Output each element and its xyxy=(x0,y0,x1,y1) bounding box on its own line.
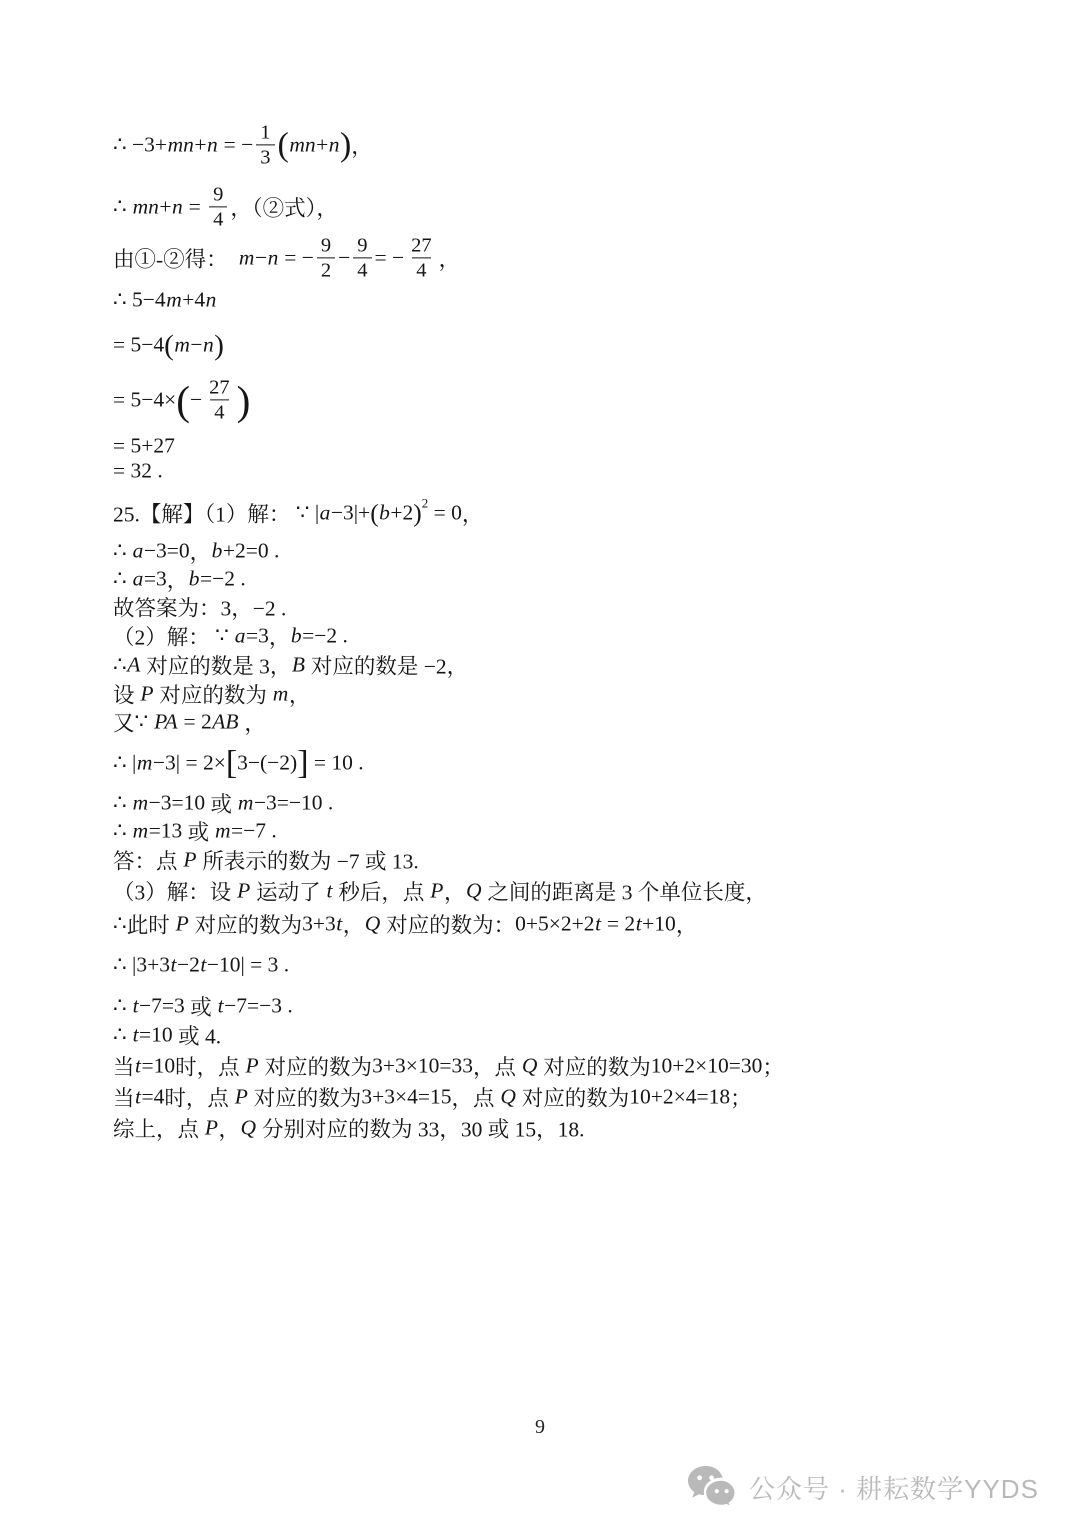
variable: m xyxy=(272,682,289,706)
math-span: = 0 xyxy=(428,501,462,526)
variable: P xyxy=(237,879,251,903)
math-span: ∴ |m−3| = 2× xyxy=(113,751,226,776)
math-text: ∴ xyxy=(113,567,132,591)
line-8: = 32 . xyxy=(113,459,163,484)
variable: a xyxy=(234,624,246,648)
variable: Q xyxy=(465,879,482,903)
math-text: + xyxy=(159,195,171,219)
text-span: 对应的数为 xyxy=(522,1082,630,1113)
line-18: ∴ m−3=10 或 m−3=−10 . xyxy=(113,788,333,819)
math-span: b+2=0 . xyxy=(211,539,279,564)
variable: Q xyxy=(240,1116,257,1140)
text-span: ， xyxy=(244,707,266,738)
text-span: 当 xyxy=(113,1051,135,1082)
math-text: −10| = 3 . xyxy=(207,953,289,977)
variable: t xyxy=(595,912,602,936)
text-span: 对应的数是 3， xyxy=(146,650,291,681)
math-text: ∴ |3+3 xyxy=(113,953,170,977)
variable: a xyxy=(132,539,144,563)
text-span: 秒后，点 xyxy=(338,876,429,907)
math-text: −3=−10 . xyxy=(254,791,333,815)
math-span: ∴ a−3=0 xyxy=(113,539,190,564)
text-span: 由①-②得： xyxy=(113,243,228,274)
fraction-denominator: 4 xyxy=(353,258,371,282)
line-5: = 5−4(m−n) xyxy=(113,333,224,358)
text-span: 对应的数为： xyxy=(386,909,515,940)
math-span: mn+n xyxy=(289,133,340,158)
math-text: ∴ xyxy=(113,653,127,677)
line-12: 故答案为：3，−2 . xyxy=(113,592,286,623)
line-28: 综上，点 P，Q 分别对应的数为 33，30 或 15，18. xyxy=(113,1113,584,1144)
text-span: ， xyxy=(444,876,466,907)
text-span: 对应的数为 xyxy=(265,1051,373,1082)
fraction-numerator: 27 xyxy=(205,376,234,399)
text-span: ， xyxy=(462,498,484,529)
math-text: ∴ 5−4 xyxy=(113,288,166,312)
text-span: 所表示的数为 −7 或 13. xyxy=(202,845,418,876)
variable: m xyxy=(132,819,149,843)
math-text: 3−(−2) xyxy=(237,751,297,775)
text-span: （2）解： xyxy=(113,621,215,652)
variable: t xyxy=(132,1023,139,1047)
math-text: =−2 . xyxy=(200,567,246,591)
text-span: ，点 xyxy=(473,1051,521,1082)
variable: a xyxy=(319,501,331,525)
variable: P xyxy=(430,879,444,903)
math-span: P xyxy=(234,1085,254,1110)
variable: B xyxy=(291,653,305,677)
document-page: ∴ −3+mn+n = −13(mn+n)，∴ mn+n = 94，（②式），由… xyxy=(0,0,1080,1527)
line-17: ∴ |m−3| = 2×[3−(−2)] = 10 . xyxy=(113,751,364,776)
variable: m xyxy=(215,819,232,843)
math-span: P xyxy=(204,1116,218,1141)
variable: m xyxy=(174,333,191,357)
math-span: ∵ PA = 2AB xyxy=(135,710,245,735)
line-27: 当t=4时，点 P 对应的数为3+3×4=15，点 Q 对应的数为10+2×4=… xyxy=(113,1082,752,1113)
math-span: m−3=−10 . xyxy=(237,791,333,816)
text-span: 分别对应的数为 33，30 或 15，18. xyxy=(262,1113,585,1144)
math-span: ∴ m−3=10 xyxy=(113,791,210,816)
math-span: m−n = − xyxy=(228,246,314,271)
math-text: 3+3×4=15 xyxy=(361,1085,451,1109)
line-10: ∴ a−3=0，b+2=0 . xyxy=(113,536,279,567)
text-span: 故答案为：3，−2 . xyxy=(113,592,286,623)
text-span: 时，点 xyxy=(175,1051,245,1082)
math-text: ∴ xyxy=(113,994,132,1018)
variable: P xyxy=(204,1116,218,1140)
variable: m xyxy=(166,288,183,312)
math-span: ∴ m=13 xyxy=(113,819,188,844)
wechat-icon xyxy=(686,1464,738,1510)
math-span: ∴ xyxy=(113,912,127,937)
variable: t xyxy=(217,994,224,1018)
fraction-numerator: 9 xyxy=(317,234,335,257)
line-24: ∴ t−7=3 或 t−7=−3 . xyxy=(113,991,293,1022)
text-span: ， xyxy=(269,621,291,652)
math-text: 10+2×4=18 xyxy=(629,1085,730,1109)
math-span: Q xyxy=(240,1116,262,1141)
variable: Q xyxy=(364,912,381,936)
variable: n xyxy=(267,246,279,270)
math-span: P xyxy=(430,879,444,904)
math-text: −3|+ xyxy=(331,501,370,525)
math-text: ∵ xyxy=(215,624,234,648)
math-span: 3+3×4=15 xyxy=(361,1085,451,1110)
math-span: ∴ 5−4m+4n xyxy=(113,288,217,313)
math-text: +10 xyxy=(642,912,676,936)
math-span: 3−(−2) xyxy=(237,751,297,776)
math-span: − xyxy=(190,388,202,413)
text-span: 对应的数为 xyxy=(543,1051,651,1082)
fraction-numerator: 9 xyxy=(353,234,371,257)
line-6: = 5−4×(−274) xyxy=(113,376,250,423)
line-3: 由①-②得： m−n = −92−94= −274， xyxy=(113,234,460,281)
math-span: P xyxy=(175,912,195,937)
math-span: m=−7 . xyxy=(215,819,277,844)
footer: 公众号 · 耕耘数学YYDS xyxy=(686,1464,1039,1510)
math-span: P xyxy=(237,879,257,904)
math-text: ∵ xyxy=(135,710,154,734)
variable: n xyxy=(202,333,214,357)
math-span: P xyxy=(183,848,203,873)
variable: P xyxy=(140,682,154,706)
math-text: = xyxy=(183,195,206,219)
math-span: b=−2 . xyxy=(188,567,246,592)
math-span: ∴A xyxy=(113,653,146,678)
line-7: = 5+27 xyxy=(113,434,175,459)
math-text: − xyxy=(190,388,202,412)
variable: n xyxy=(206,133,218,157)
math-span: ∴ t−7=3 xyxy=(113,994,190,1019)
variable: t xyxy=(170,953,177,977)
math-span: ∵ a=3 xyxy=(215,624,269,649)
text-span: 综上，点 xyxy=(113,1113,204,1144)
math-text: −3| = 2× xyxy=(153,751,226,775)
math-text: + xyxy=(316,133,328,157)
variable: m xyxy=(238,246,255,270)
math-span: 3+3×10=33 xyxy=(372,1054,473,1079)
math-span: ∴ |3+3t−2t−10| = 3 . xyxy=(113,953,289,978)
text-span: 25.【解】（1）解： xyxy=(113,498,296,529)
text-span: 设 xyxy=(113,679,140,710)
variable: m xyxy=(132,791,149,815)
math-text: ∴ xyxy=(113,195,132,219)
text-span: ， xyxy=(289,679,311,710)
math-span: t xyxy=(326,879,338,904)
math-text: − xyxy=(338,246,350,270)
math-text: = 2 xyxy=(602,912,636,936)
variable: b xyxy=(211,539,223,563)
text-span: ； xyxy=(730,1082,752,1113)
variable: P xyxy=(175,912,189,936)
math-span: m xyxy=(272,682,289,707)
math-text: 10+2×10=30 xyxy=(651,1054,763,1078)
text-span: 或 xyxy=(210,788,237,819)
math-span: m−n xyxy=(174,333,214,358)
math-text: 0+5×2+2 xyxy=(515,912,594,936)
math-span: ∴ mn+n = xyxy=(113,195,206,220)
math-span: Q xyxy=(364,912,386,937)
text-span: 或 xyxy=(190,991,217,1022)
math-span: B xyxy=(291,653,311,678)
math-text: 3+3 xyxy=(302,912,336,936)
text-span: 之间的距离是 3 个单位长度， xyxy=(487,876,767,907)
fraction-numerator: 27 xyxy=(407,234,436,257)
math-text: −3=0 xyxy=(144,539,190,563)
text-span: ， xyxy=(439,243,461,274)
line-22: ∴此时 P 对应的数为3+3t，Q 对应的数为：0+5×2+2t = 2t+10… xyxy=(113,909,697,940)
math-text: + xyxy=(194,133,206,157)
math-text: ∴ xyxy=(113,791,132,815)
math-span: 10+2×10=30 xyxy=(651,1054,763,1079)
text-span: 当 xyxy=(113,1082,135,1113)
fraction-denominator: 4 xyxy=(412,258,430,282)
fraction-denominator: 4 xyxy=(209,207,227,231)
math-span: = 32 . xyxy=(113,459,163,484)
text-span: 对应的数是 −2， xyxy=(311,650,468,681)
variable: mn xyxy=(289,133,316,157)
math-span: ∴ −3+mn+n = − xyxy=(113,133,253,158)
math-span: t=10 xyxy=(135,1054,176,1079)
math-text: =3 xyxy=(144,567,167,591)
math-text: ∴ −3+ xyxy=(113,133,167,157)
text-span: ，（②式）， xyxy=(230,192,338,223)
variable: mn xyxy=(167,133,194,157)
fraction: 13 xyxy=(256,121,274,168)
variable: t xyxy=(132,994,139,1018)
variable: Q xyxy=(500,1085,517,1109)
line-21: （3）解：设 P 运动了 t 秒后，点 P，Q 之间的距离是 3 个单位长度， xyxy=(113,876,767,907)
text-span: 或 xyxy=(188,816,215,847)
fraction: 274 xyxy=(205,376,234,423)
text-span: ， xyxy=(167,564,189,595)
variable: n xyxy=(328,133,340,157)
footer-text: 公众号 · 耕耘数学YYDS xyxy=(749,1469,1039,1506)
math-text: +2 xyxy=(390,501,413,525)
fraction-numerator: 9 xyxy=(209,183,227,206)
fraction: 94 xyxy=(209,183,227,230)
variable: t xyxy=(326,879,333,903)
text-span: ， xyxy=(676,909,698,940)
line-26: 当t=10时，点 P 对应的数为3+3×10=33，点 Q 对应的数为10+2×… xyxy=(113,1051,784,1082)
math-span: t−7=−3 . xyxy=(217,994,293,1019)
text-span: 此时 xyxy=(127,909,175,940)
variable: b xyxy=(290,624,302,648)
math-span: 0+5×2+2t = 2t+10 xyxy=(515,912,676,937)
variable: n xyxy=(171,195,183,219)
math-text xyxy=(228,246,239,270)
variable: P xyxy=(183,848,197,872)
math-span: b+2 xyxy=(379,501,414,526)
fraction-denominator: 3 xyxy=(256,145,274,169)
variable: mn xyxy=(132,195,159,219)
math-text: 3+3×10=33 xyxy=(372,1054,473,1078)
math-text: ∵ | xyxy=(296,501,319,525)
text-span: ， xyxy=(219,1113,241,1144)
math-text: −2 xyxy=(177,953,200,977)
text-span: 时，点 xyxy=(164,1082,234,1113)
fraction-denominator: 4 xyxy=(210,400,228,424)
text-span: ， xyxy=(351,130,373,161)
math-text: +2=0 . xyxy=(223,539,280,563)
math-text: =4 xyxy=(142,1085,165,1109)
math-text: +4 xyxy=(182,288,205,312)
line-4: ∴ 5−4m+4n xyxy=(113,288,217,313)
variable: PA xyxy=(154,710,179,734)
math-span: 3+3t xyxy=(302,912,343,937)
math-span: = 5−4× xyxy=(113,388,176,413)
math-text: − xyxy=(255,246,267,270)
math-text: ∴ xyxy=(113,912,127,936)
fraction-denominator: 2 xyxy=(317,258,335,282)
variable: P xyxy=(234,1085,248,1109)
math-span: Q xyxy=(521,1054,543,1079)
math-span: − xyxy=(338,246,350,271)
math-text: = 2 xyxy=(178,710,212,734)
math-text: ∴ xyxy=(113,819,132,843)
variable: t xyxy=(200,953,207,977)
line-11: ∴ a=3，b=−2 . xyxy=(113,564,246,595)
math-span: t=4 xyxy=(135,1085,165,1110)
variable: m xyxy=(237,791,254,815)
variable: n xyxy=(205,288,217,312)
line-16: 又∵ PA = 2AB ， xyxy=(113,707,266,738)
math-text: = 10 . xyxy=(309,751,364,775)
line-14: ∴A 对应的数是 3，B 对应的数是 −2， xyxy=(113,650,468,681)
variable: b xyxy=(379,501,391,525)
math-text: −3=10 xyxy=(149,791,211,815)
variable: t xyxy=(336,912,343,936)
line-20: 答：点 P 所表示的数为 −7 或 13. xyxy=(113,845,419,876)
math-span: ∴ a=3 xyxy=(113,567,167,592)
fraction: 274 xyxy=(407,234,436,281)
text-span: 答：点 xyxy=(113,845,183,876)
variable: P xyxy=(245,1054,259,1078)
math-text: ∴ xyxy=(113,539,132,563)
fraction-numerator: 1 xyxy=(256,121,274,144)
math-text: =13 xyxy=(149,819,188,843)
math-span: Q xyxy=(465,879,487,904)
text-span: ， xyxy=(343,909,365,940)
fraction: 94 xyxy=(353,234,371,281)
variable: A xyxy=(127,653,141,677)
variable: AB xyxy=(212,710,239,734)
variable: m xyxy=(136,751,153,775)
math-span: = − xyxy=(375,246,405,271)
text-span: 对应的数为 xyxy=(254,1082,362,1113)
math-text: =3 xyxy=(246,624,269,648)
text-span: ，点 xyxy=(451,1082,499,1113)
line-19: ∴ m=13 或 m=−7 . xyxy=(113,816,277,847)
variable: b xyxy=(188,567,200,591)
math-span: = 10 . xyxy=(309,751,364,776)
text-span: ； xyxy=(762,1051,784,1082)
line-2: ∴ mn+n = 94，（②式）， xyxy=(113,183,338,230)
text-span: 或 4. xyxy=(178,1020,221,1051)
variable: t xyxy=(135,1054,142,1078)
line-15: 设 P 对应的数为 m， xyxy=(113,679,310,710)
math-span: P xyxy=(140,682,160,707)
math-text: =−2 . xyxy=(302,624,348,648)
math-text: = − xyxy=(375,246,405,270)
math-span: ∴ t=10 xyxy=(113,1023,178,1048)
math-text: = 5+27 xyxy=(113,434,175,458)
variable: Q xyxy=(521,1054,538,1078)
line-13: （2）解： ∵ a=3，b=−2 . xyxy=(113,621,348,652)
math-span: Q xyxy=(500,1085,522,1110)
text-span: （3）解：设 xyxy=(113,876,237,907)
line-1: ∴ −3+mn+n = −13(mn+n)， xyxy=(113,121,373,168)
math-span: = 5+27 xyxy=(113,434,175,459)
text-span: 又 xyxy=(113,707,135,738)
text-span: 运动了 xyxy=(256,876,326,907)
math-text: ∴ | xyxy=(113,751,136,775)
text-span: 对应的数为 xyxy=(195,909,303,940)
math-text: = 5−4 xyxy=(113,333,164,357)
math-span: ∵ |a−3|+ xyxy=(296,501,370,526)
math-text: = 32 . xyxy=(113,459,163,483)
math-text: = 5−4× xyxy=(113,388,176,412)
math-span: b=−2 . xyxy=(290,624,348,649)
text-span: ， xyxy=(190,536,212,567)
math-text: =−7 . xyxy=(231,819,277,843)
math-text: = 0 xyxy=(428,501,462,525)
text-span: 对应的数为 xyxy=(159,679,272,710)
variable: a xyxy=(132,567,144,591)
math-text: −7=−3 . xyxy=(224,994,293,1018)
line-9: 25.【解】（1）解： ∵ |a−3|+(b+2)2 = 0， xyxy=(113,498,483,529)
math-text: −7=3 xyxy=(139,994,190,1018)
math-text: = − xyxy=(218,133,253,157)
line-25: ∴ t=10 或 4. xyxy=(113,1020,221,1051)
math-span: 10+2×4=18 xyxy=(629,1085,730,1110)
math-text: =10 xyxy=(139,1023,178,1047)
document-lines: ∴ −3+mn+n = −13(mn+n)，∴ mn+n = 94，（②式），由… xyxy=(0,0,1080,1527)
math-text: =10 xyxy=(142,1054,176,1078)
variable: t xyxy=(135,1085,142,1109)
fraction: 92 xyxy=(317,234,335,281)
page-number: 9 xyxy=(0,1416,1080,1439)
math-text: ∴ xyxy=(113,1023,132,1047)
math-text: = − xyxy=(279,246,314,270)
math-span: = 5−4 xyxy=(113,333,164,358)
line-23: ∴ |3+3t−2t−10| = 3 . xyxy=(113,953,289,978)
math-span: P xyxy=(245,1054,265,1079)
math-text: − xyxy=(190,333,202,357)
